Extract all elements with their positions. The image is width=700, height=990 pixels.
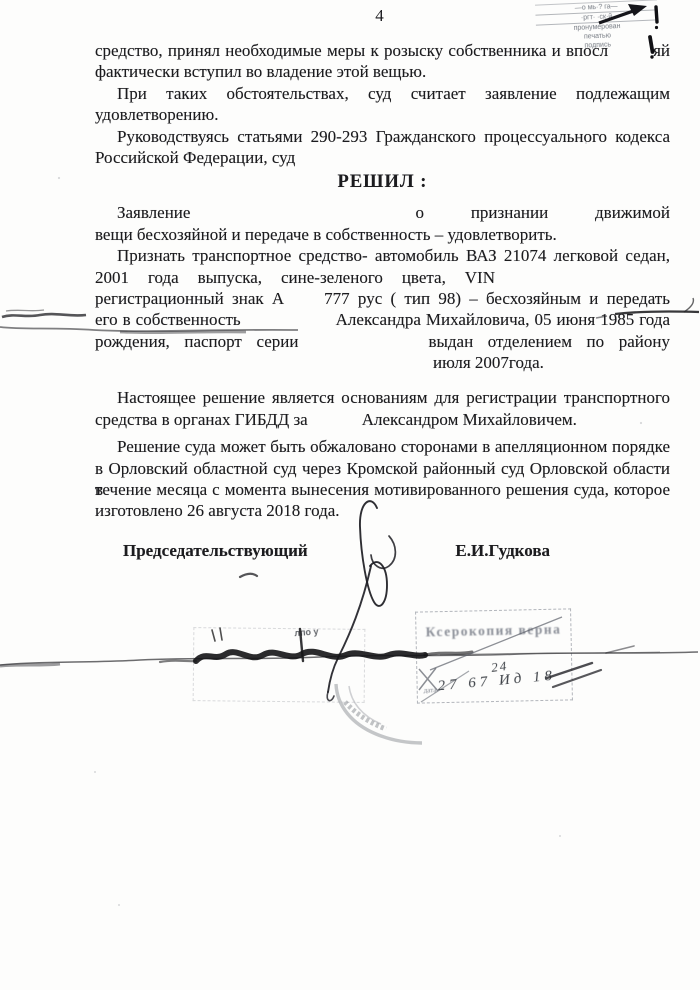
copy-certified-text: Ксерокопия верна: [418, 621, 568, 640]
redaction-gap: [284, 302, 324, 304]
text-line: Решение суда может быть обжаловано сторо…: [95, 436, 670, 457]
text-line: вещи бесхозяйной и передаче в собственно…: [95, 224, 670, 245]
presiding-judge-label: Председательствующий: [123, 541, 308, 561]
date-label: дата: [424, 686, 437, 694]
text-line: 2001 года выпуска, сине-зеленого цвета, …: [95, 267, 670, 288]
redaction-gap: [308, 423, 362, 425]
redaction-gap: [190, 216, 415, 218]
text-line: Настоящее решение является основаниям дл…: [95, 387, 670, 408]
text-line: рождения, паспорт сериивыдан отделением …: [95, 331, 670, 352]
decision-text: средство, принял необходимые меры к розы…: [95, 40, 670, 522]
text-line: Заявлениео признании движимой: [95, 202, 670, 223]
scanned-court-decision-page: 4 —о мь·? га—·ргт· ·ск·йпронумерованпеча…: [0, 0, 700, 990]
resolution-heading: РЕШИЛ :: [95, 170, 670, 194]
text-line: средства в органах ГИБДД заАлександром М…: [95, 409, 670, 430]
text-line: его в собственностьАлександра Михайлович…: [95, 309, 670, 330]
text-line: течение месяца с момента вынесения мотив…: [95, 479, 670, 500]
text-line: июля 2007года.: [95, 352, 670, 373]
text-line: Руководствуясь статьями 290-293 Гражданс…: [95, 126, 670, 147]
text-line: При таких обстоятельствах, суд считает з…: [95, 83, 670, 104]
signature-block: Председательствующий Е.И.Гудкова: [95, 541, 670, 561]
certification-stamp: Ксерокопия верна дата 24 27 67 Ид 18: [415, 608, 573, 703]
stamp-fragment-text: лпо у: [294, 626, 319, 638]
text-line: удовлетворению.: [95, 104, 670, 125]
text-line: Российской Федерации, суд: [95, 147, 670, 168]
text-line: фактически вступил во владение этой вещь…: [95, 61, 670, 82]
redaction-gap: [241, 323, 336, 325]
redaction-gap: [495, 281, 670, 283]
faint-stamp-box: лпо у: [193, 627, 366, 703]
redaction-gap: [298, 345, 428, 347]
text-line: Признать транспортное средство- автомоби…: [95, 245, 670, 266]
page-number: 4: [360, 6, 400, 26]
redaction-gap: [95, 366, 433, 368]
text-line: в Орловский областной суд через Кромской…: [95, 458, 670, 479]
judge-name: Е.И.Гудкова: [455, 541, 550, 561]
redaction-gap: [608, 54, 653, 56]
text-line: изготовлено 26 августа 2018 года.: [95, 500, 670, 521]
text-line: средство, принял необходимые меры к розы…: [95, 40, 670, 61]
paragraph-space: [95, 373, 670, 387]
text-line: регистрационный знак А777 рус ( тип 98) …: [95, 288, 670, 309]
